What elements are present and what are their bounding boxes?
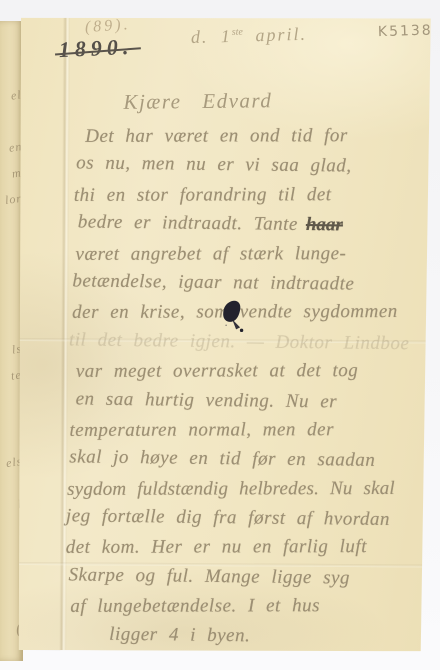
letter-line: Skarpe og ful. Mange ligge syg: [68, 564, 425, 597]
letter-line: skal jo høye en tid før en saadan: [69, 447, 426, 480]
letter-line: var meget overrasket at det tog: [76, 360, 427, 390]
letter-line: sygdom fuldstændig helbredes. Nu skal: [67, 478, 426, 508]
letter-page: (89). 1890. d. 1ste april. K5138 Kjære E…: [17, 16, 432, 652]
letter-line: thi en stor forandring til det: [74, 184, 428, 214]
letter-line: af lungebetændelse. I et hus: [70, 595, 425, 625]
date-annotation: d. 1ste april.: [191, 24, 308, 48]
letter-line: jeg fortælle dig fra først af hvordan: [66, 505, 426, 538]
scanned-letter-screenshot: el en m lor ls te els l ( (89). 1890. d.…: [0, 0, 440, 670]
letter-line: bedre er indtraadt. Tantehaar: [78, 212, 428, 245]
crossed-out-year: 1890.: [58, 34, 134, 63]
letter-body: Det har været en ond tid for os nu, men …: [65, 124, 428, 655]
letter-line: det kom. Her er nu en farlig luft: [66, 536, 426, 566]
letter-line: Det har været en ond tid for: [85, 125, 428, 155]
letter-line: temperaturen normal, men der: [69, 419, 426, 449]
date-ordinal-superscript: ste: [232, 27, 243, 38]
letter-line: os nu, men nu er vi saa glad,: [76, 153, 428, 186]
letter-line-text: bedre er indtraadt. Tante: [78, 212, 298, 235]
letter-greeting: Kjære Edvard: [123, 88, 272, 115]
scribbled-out-word: haar: [306, 214, 343, 235]
date-day: d. 1: [191, 26, 233, 47]
ink-blot: [218, 299, 252, 337]
letter-line: været angrebet af stærk lunge-: [75, 243, 427, 273]
catalog-number: K5138: [378, 23, 433, 41]
letter-line: ligger 4 i byen.: [109, 623, 425, 656]
margin-writing-fragment: lor: [4, 191, 23, 208]
letter-line: en saa hurtig vending. Nu er: [75, 388, 426, 421]
date-month: april.: [255, 24, 307, 45]
